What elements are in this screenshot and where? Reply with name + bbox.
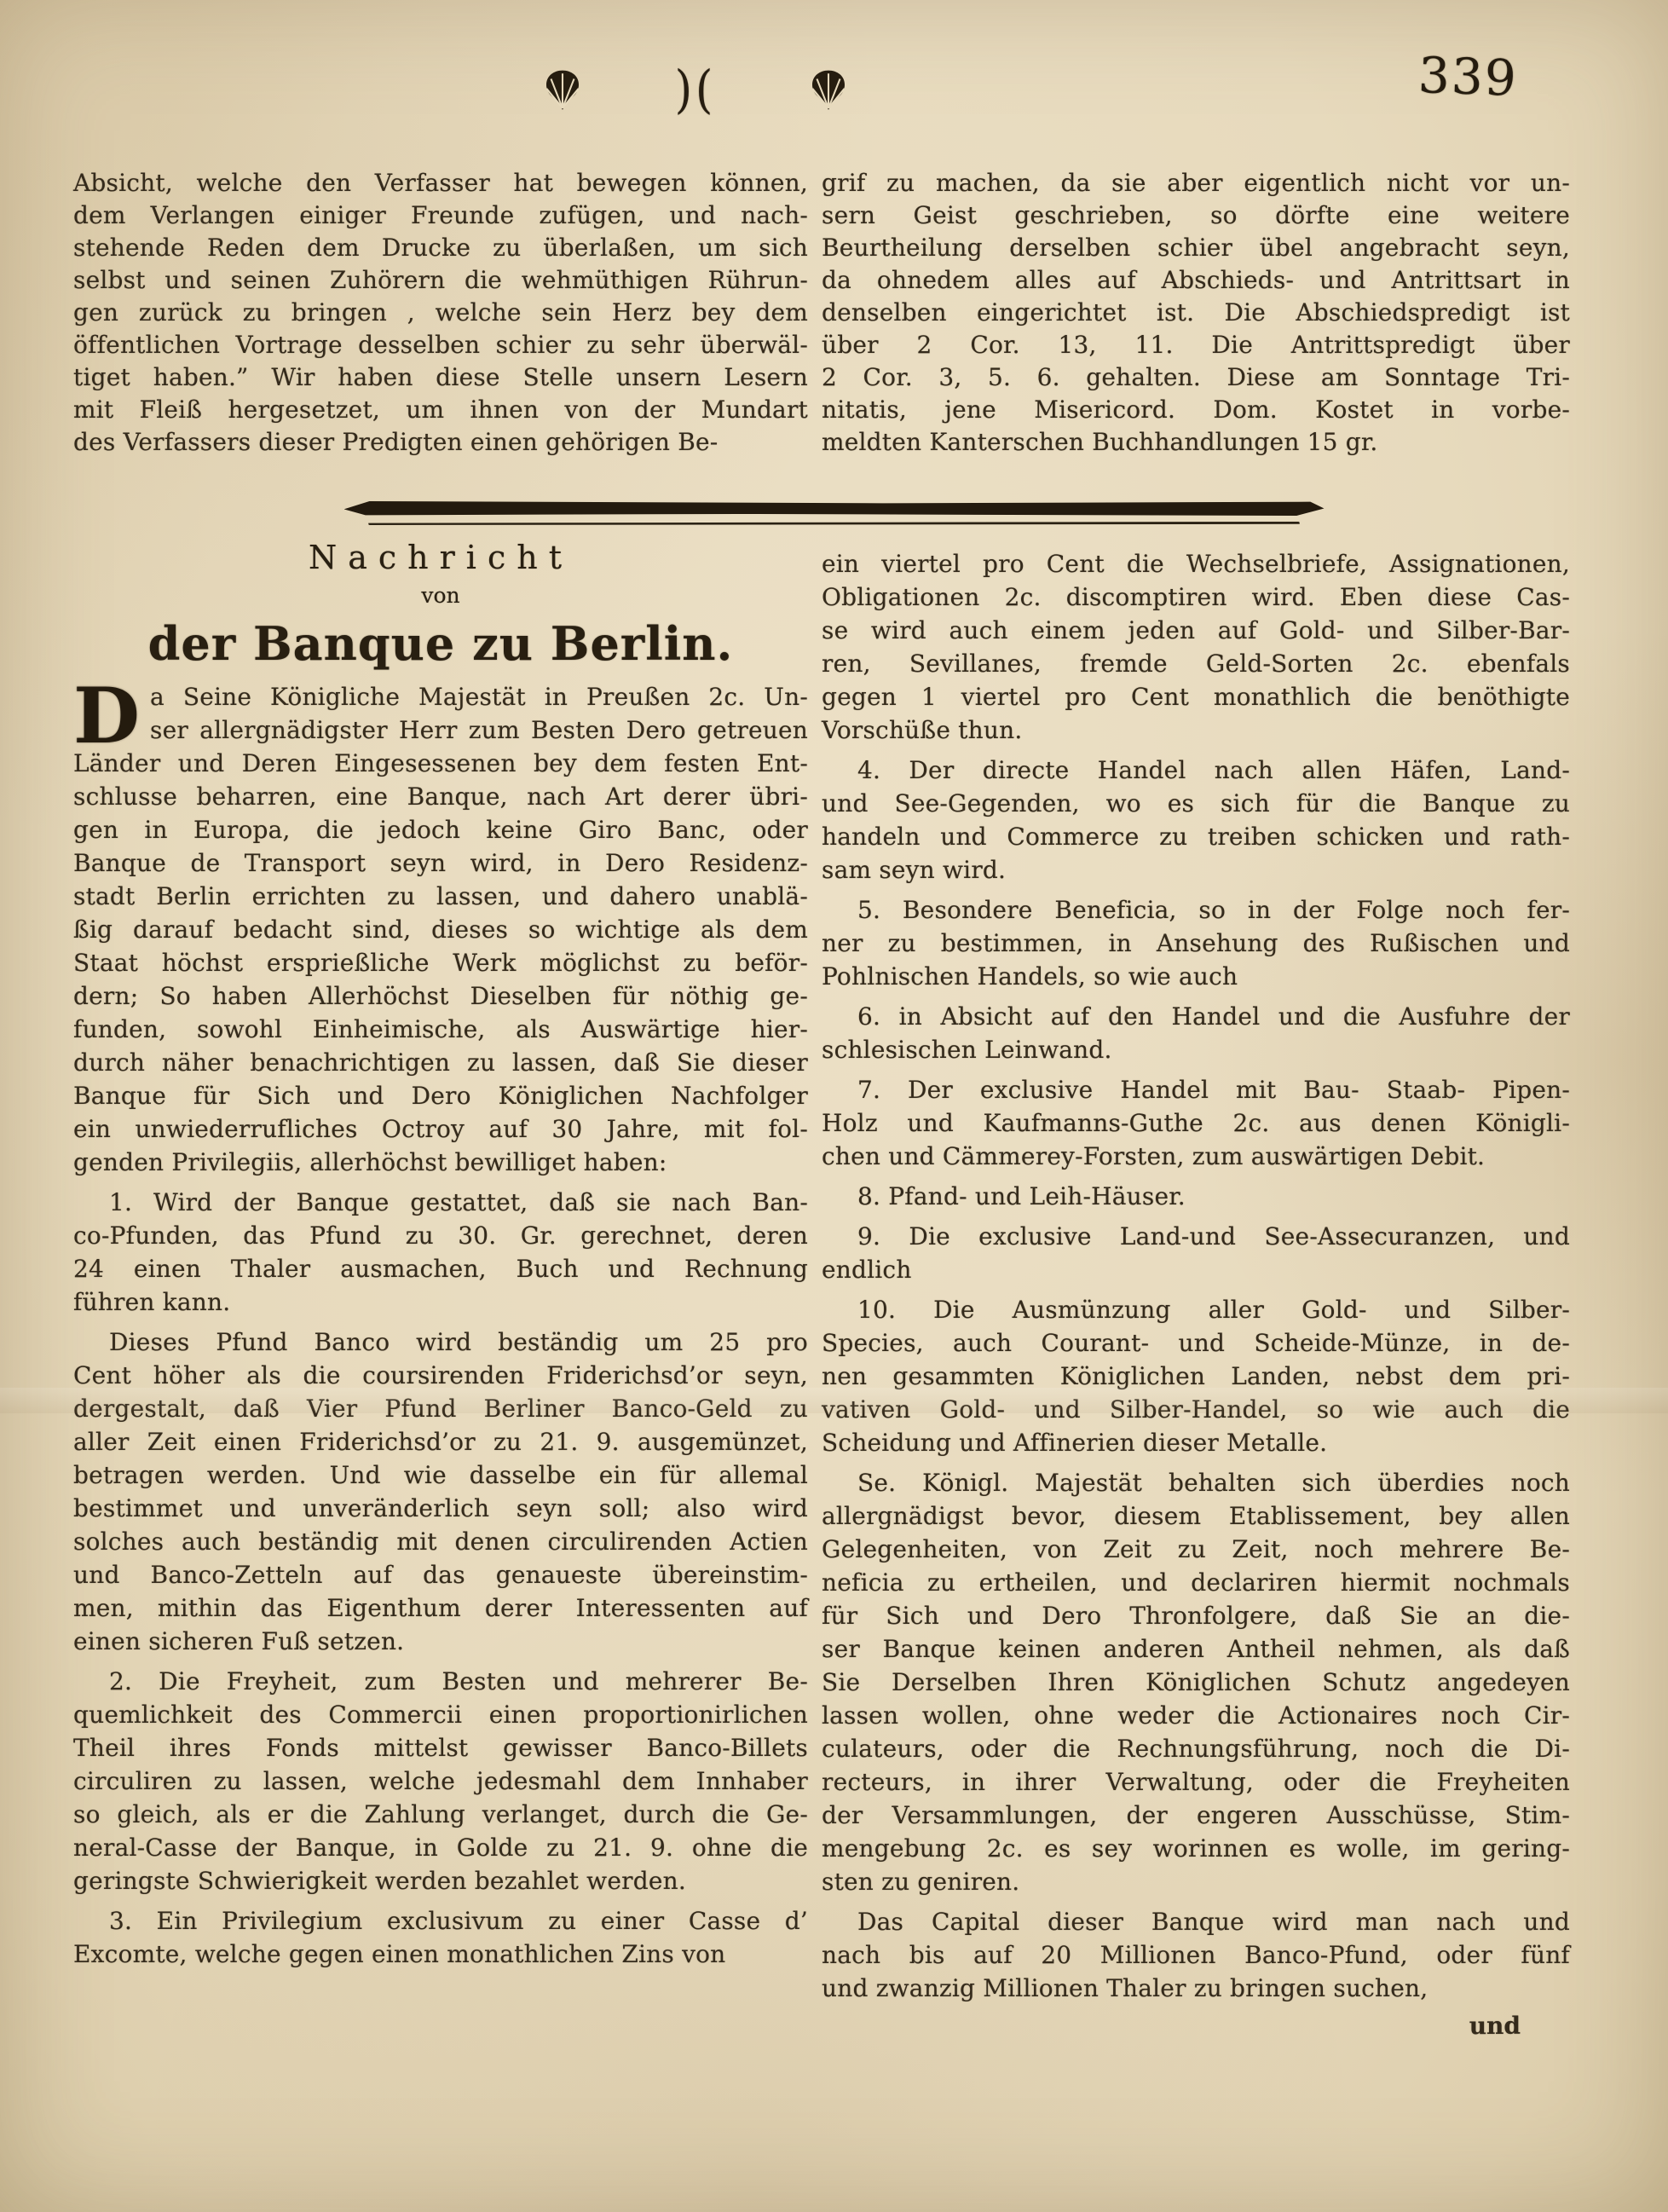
text-line: 5. Besondere Beneficia, so in der Folge … [822, 893, 1570, 927]
text-line: durch näher benachrichtigen zu lassen, d… [73, 1046, 808, 1079]
text-line: Banque für Sich und Dero Königlichen Nac… [73, 1079, 808, 1112]
text-line: 1. Wird der Banque gestattet, daß sie na… [73, 1186, 808, 1219]
section-divider-rule [344, 501, 1325, 525]
text-line: handeln und Commerce zu treiben schicken… [822, 820, 1570, 853]
text-line: Cent höher als die coursirenden Frideric… [73, 1359, 808, 1392]
paragraph: 3. Ein Privilegium exclusivum zu einer C… [73, 1904, 808, 1971]
paragraph: 2. Die Freyheit, zum Besten und mehrerer… [73, 1665, 808, 1897]
text-line: genden Privilegiis, allerhöchst bewillig… [73, 1146, 808, 1179]
text-line: Pohlnischen Handels, so wie auch [822, 960, 1570, 993]
text-line: 4. Der directe Handel nach allen Häfen, … [822, 754, 1570, 787]
paragraph: Dieses Pfund Banco wird beständig um 25 … [73, 1325, 808, 1658]
text-line: Se. Königl. Majestät behalten sich überd… [822, 1466, 1570, 1499]
text-line: Obligationen 2c. discomptiren wird. Eben… [822, 580, 1570, 614]
header-separator-mark: )( [675, 61, 717, 120]
text-line: dem Verlangen einiger Freunde zufügen, u… [73, 199, 808, 232]
text-line: quemlichkeit des Commercii einen proport… [73, 1698, 808, 1731]
text-line: funden, sowohl Einheimische, als Auswärt… [73, 1013, 808, 1046]
text-line: geringste Schwierigkeit werden bezahlet … [73, 1864, 808, 1897]
previous-article-continuation: Absicht, welche den Verfasser hat bewege… [73, 167, 1570, 464]
text-line: 7. Der exclusive Handel mit Bau- Staab- … [822, 1073, 1570, 1106]
text-line: 2. Die Freyheit, zum Besten und mehrerer… [73, 1665, 808, 1698]
text-line: men, mithin das Eigenthum derer Interess… [73, 1591, 808, 1625]
text-line: stehende Reden dem Drucke zu überlaßen, … [73, 232, 808, 264]
text-line: Beurtheilung derselben schier übel angeb… [822, 232, 1570, 264]
text-line: meldten Kanterschen Buchhandlungen 15 gr… [822, 426, 1570, 459]
text-line: Scheidung und Affinerien dieser Metalle. [822, 1426, 1570, 1459]
text-line: a Seine Königliche Majestät in Preußen 2… [73, 680, 808, 713]
text-line: Sie Derselben Ihren Königlichen Schutz a… [822, 1666, 1570, 1699]
text-line: solches auch beständig mit denen circuli… [73, 1525, 808, 1558]
article-right-paragraphs: ein viertel pro Cent die Wechselbriefe, … [822, 547, 1570, 2005]
text-line: 6. in Absicht auf den Handel und die Aus… [822, 1000, 1570, 1033]
text-line: stadt Berlin errichten zu lassen, und da… [73, 880, 808, 913]
paragraph: 7. Der exclusive Handel mit Bau- Staab- … [822, 1073, 1570, 1173]
text-line: des Verfassers dieser Predigten einen ge… [73, 426, 808, 459]
text-line: bestimmet und unveränderlich seyn soll; … [73, 1492, 808, 1525]
text-line: Theil ihres Fonds mittelst gewisser Banc… [73, 1731, 808, 1764]
paragraph: Se. Königl. Majestät behalten sich überd… [822, 1466, 1570, 1898]
scallop-shell-icon [808, 69, 849, 112]
text-line: nach bis auf 20 Millionen Banco-Pfund, o… [822, 1938, 1570, 1972]
text-line: mit Fleiß hergesetzet, um ihnen von der … [73, 394, 808, 426]
text-line: recteurs, in ihrer Verwaltung, oder die … [822, 1765, 1570, 1799]
text-line: der Versammlungen, der engeren Ausschüss… [822, 1799, 1570, 1832]
text-line: gegen 1 viertel pro Cent monathlich die … [822, 680, 1570, 713]
text-line: 3. Ein Privilegium exclusivum zu einer C… [73, 1904, 808, 1938]
paragraph: a Seine Königliche Majestät in Preußen 2… [73, 680, 808, 1179]
text-line: betragen werden. Und wie dasselbe ein fü… [73, 1458, 808, 1492]
text-line: dergestalt, daß Vier Pfund Berliner Banc… [73, 1392, 808, 1425]
article-title: der Banque zu Berlin. [73, 616, 808, 671]
text-line: ser allergnädigster Herr zum Besten Dero… [73, 713, 808, 747]
text-line: und See-Gegenden, wo es sich für die Ban… [822, 787, 1570, 820]
paragraph: 8. Pfand- und Leih-Häuser. [822, 1180, 1570, 1213]
text-line: und Banco-Zetteln auf das genaueste über… [73, 1558, 808, 1591]
paragraph: Absicht, welche den Verfasser hat bewege… [73, 167, 808, 459]
text-line: Holz und Kaufmanns-Guthe 2c. aus denen K… [822, 1106, 1570, 1140]
text-line: 9. Die exclusive Land-und See-Assecuranz… [822, 1220, 1570, 1253]
text-line: Species, auch Courant- und Scheide-Münze… [822, 1326, 1570, 1360]
text-line: gen in Europa, die jedoch keine Giro Ban… [73, 813, 808, 846]
text-line: und zwanzig Millionen Thaler zu bringen … [822, 1972, 1570, 2005]
text-line: nitatis, jene Misericord. Dom. Kostet in… [822, 394, 1570, 426]
text-line: ein viertel pro Cent die Wechselbriefe, … [822, 547, 1570, 580]
text-line: se wird auch einem jeden auf Gold- und S… [822, 614, 1570, 647]
divider-thin-rule [368, 522, 1300, 525]
text-line: 10. Die Ausmünzung aller Gold- und Silbe… [822, 1293, 1570, 1326]
paragraph: grif zu machen, da sie aber eigentlich n… [822, 167, 1570, 459]
text-line: sam seyn wird. [822, 853, 1570, 887]
text-line: vativen Gold- und Silber-Handel, so wie … [822, 1393, 1570, 1426]
paragraph: 6. in Absicht auf den Handel und die Aus… [822, 1000, 1570, 1066]
page-number: 339 [1417, 46, 1519, 107]
text-line: chen und Cämmerey-Forsten, zum auswärtig… [822, 1140, 1570, 1173]
text-line: circuliren zu lassen, welche jedesmahl d… [73, 1764, 808, 1798]
paragraph: 9. Die exclusive Land-und See-Assecuranz… [822, 1220, 1570, 1286]
text-line: ren, Sevillanes, fremde Geld-Sorten 2c. … [822, 647, 1570, 680]
paragraph: 10. Die Ausmünzung aller Gold- und Silbe… [822, 1293, 1570, 1459]
text-line: gen zurück zu bringen , welche sein Herz… [73, 297, 808, 329]
divider-thick-rule [344, 501, 1325, 516]
drop-cap-initial: D [73, 680, 150, 747]
article-heading: Nachricht von der Banque zu Berlin. [73, 539, 808, 671]
text-line: lassen wollen, ohne weder die Actionaire… [822, 1699, 1570, 1732]
text-line: neficia zu ertheilen, und declariren hie… [822, 1566, 1570, 1599]
paragraph: ein viertel pro Cent die Wechselbriefe, … [822, 547, 1570, 747]
text-line: endlich [822, 1253, 1570, 1286]
article-left-column: D a Seine Königliche Majestät in Preußen… [73, 680, 808, 1978]
text-line: einen sicheren Fuß setzen. [73, 1625, 808, 1658]
header-ornaments: )( [542, 65, 849, 116]
text-line: culateurs, oder die Rechnungsführung, no… [822, 1732, 1570, 1765]
paragraph: 1. Wird der Banque gestattet, daß sie na… [73, 1186, 808, 1319]
text-line: sern Geist geschrieben, so dörfte eine w… [822, 199, 1570, 232]
text-line: ein unwiederrufliches Octroy auf 30 Jahr… [73, 1112, 808, 1146]
text-line: Vorschüße thun. [822, 713, 1570, 747]
newspaper-page: )( 339 Absicht, welche den Verfasser hat… [0, 0, 1668, 2212]
text-line: ßig darauf bedacht sind, dieses so wicht… [73, 913, 808, 946]
text-line: neral-Casse der Banque, in Golde zu 21. … [73, 1831, 808, 1864]
article-left-paragraphs: a Seine Königliche Majestät in Preußen 2… [73, 680, 808, 1971]
scallop-shell-icon [542, 69, 583, 112]
page-header: )( 339 [0, 49, 1668, 143]
paragraph: 5. Besondere Beneficia, so in der Folge … [822, 893, 1570, 993]
text-line: Banque de Transport seyn wird, in Dero R… [73, 846, 808, 880]
top-right-column: grif zu machen, da sie aber eigentlich n… [822, 167, 1570, 464]
text-line: für Sich und Dero Thronfolgere, daß Sie … [822, 1599, 1570, 1632]
text-line: über 2 Cor. 13, 11. Die Antrittspredigt … [822, 329, 1570, 361]
text-line: dern; So haben Allerhöchst Dieselben für… [73, 979, 808, 1013]
text-line: aller Zeit einen Friderichsd’or zu 21. 9… [73, 1425, 808, 1458]
article-heading-line2: von [73, 583, 808, 608]
catchword: und [822, 2012, 1570, 2040]
text-line: 24 einen Thaler ausmachen, Buch und Rech… [73, 1252, 808, 1285]
text-line: so gleich, als er die Zahlung verlanget,… [73, 1798, 808, 1831]
paragraph: Das Capital dieser Banque wird man nach … [822, 1905, 1570, 2005]
text-line: führen kann. [73, 1285, 808, 1319]
text-line: öffentlichen Vortrage desselben schier z… [73, 329, 808, 361]
text-line: da ohnedem alles auf Abschieds- und Antr… [822, 264, 1570, 297]
text-line: Dieses Pfund Banco wird beständig um 25 … [73, 1325, 808, 1359]
text-line: denselben eingerichtet ist. Die Abschied… [822, 297, 1570, 329]
text-line: nen gesammten Königlichen Landen, nebst … [822, 1360, 1570, 1393]
article-right-column: ein viertel pro Cent die Wechselbriefe, … [822, 547, 1570, 2040]
text-line: Gelegenheiten, von Zeit zu Zeit, noch me… [822, 1533, 1570, 1566]
text-line: selbst und seinen Zuhörern die wehmüthig… [73, 264, 808, 297]
text-line: Das Capital dieser Banque wird man nach … [822, 1905, 1570, 1938]
paragraph: 4. Der directe Handel nach allen Häfen, … [822, 754, 1570, 887]
text-line: Staat höchst ersprießliche Werk möglichs… [73, 946, 808, 979]
text-line: Absicht, welche den Verfasser hat bewege… [73, 167, 808, 199]
text-line: Excomte, welche gegen einen monathlichen… [73, 1938, 808, 1971]
text-line: ser Banque keinen anderen Antheil nehmen… [822, 1632, 1570, 1666]
text-line: ner zu bestimmen, in Ansehung des Rußisc… [822, 927, 1570, 960]
text-line: Länder und Deren Eingesessenen bey dem f… [73, 747, 808, 780]
text-line: 8. Pfand- und Leih-Häuser. [822, 1180, 1570, 1213]
text-line: mengebung 2c. es sey worinnen es wolle, … [822, 1832, 1570, 1865]
article-heading-line1: Nachricht [73, 539, 808, 576]
text-line: 2 Cor. 3, 5. 6. gehalten. Diese am Sonnt… [822, 361, 1570, 394]
text-line: allergnädigst bevor, diesem Etablissemen… [822, 1499, 1570, 1533]
text-line: schlesischen Leinwand. [822, 1033, 1570, 1066]
text-line: co-Pfunden, das Pfund zu 30. Gr. gerechn… [73, 1219, 808, 1252]
text-line: sten zu geniren. [822, 1865, 1570, 1898]
text-line: schlusse beharren, eine Banque, nach Art… [73, 780, 808, 813]
top-left-column: Absicht, welche den Verfasser hat bewege… [73, 167, 808, 464]
text-line: grif zu machen, da sie aber eigentlich n… [822, 167, 1570, 199]
text-line: tiget haben.” Wir haben diese Stelle uns… [73, 361, 808, 394]
